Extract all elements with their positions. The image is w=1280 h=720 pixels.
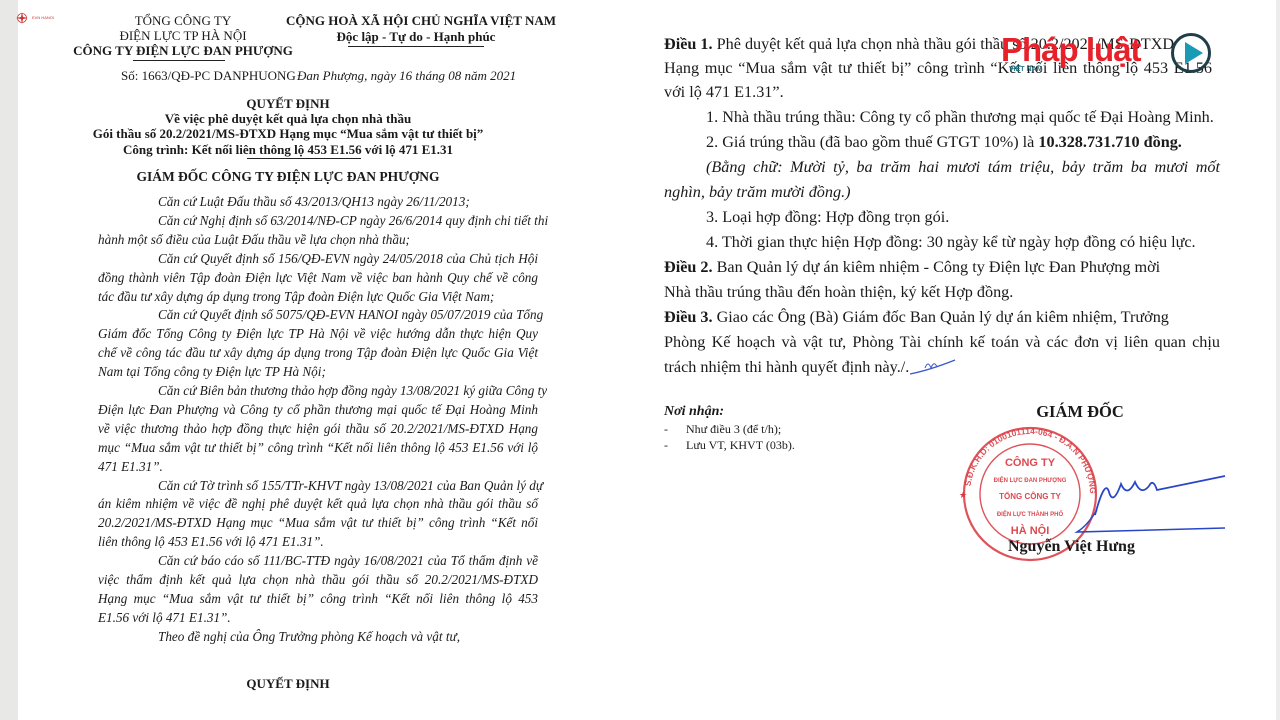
item-4-duration: 4. Thời gian thực hiện Hợp đồng: 30 ngày…	[706, 230, 1196, 254]
article-1-label: Điều 1.	[664, 35, 713, 53]
preamble-line: Điện lực Đan Phượng và Công ty cổ phần t…	[98, 401, 538, 418]
article-2-label: Điều 2.	[664, 258, 713, 276]
preamble-list: Căn cứ Luật Đấu thầu số 43/2013/QH13 ngà…	[18, 0, 578, 720]
recipients-title: Nơi nhận:	[664, 404, 724, 420]
recipient-item: -Lưu VT, KHVT (03b).	[664, 438, 795, 453]
preamble-line: Nam tại Tổng công ty Điện lực TP Hà Nội;	[98, 363, 538, 380]
preamble-line: liên thông lộ 453 E1.56 với lộ 471 E1.31…	[98, 533, 538, 550]
preamble-line: Căn cứ báo cáo số 111/BC-TTĐ ngày 16/08/…	[158, 552, 538, 569]
signer-name: Nguyễn Việt Hưng	[1008, 538, 1135, 556]
recipient-item: -Như điều 3 (để t/h);	[664, 422, 781, 437]
winning-price: 10.328.731.710 đồng.	[1038, 133, 1181, 151]
director-signature	[1035, 470, 1235, 540]
article-3-line-3: trách nhiệm thi hành quyết định này./.	[664, 355, 909, 379]
article-2-line-2: Nhà thầu trúng thầu đến hoàn thiện, ký k…	[664, 280, 1013, 304]
preamble-line: Căn cứ Nghị định số 63/2014/NĐ-CP ngày 2…	[158, 212, 538, 229]
preamble-line: án kiêm nhiệm về việc đề nghị phê duyệt …	[98, 495, 538, 512]
preamble-line: Căn cứ Biên bản thương thảo hợp đồng ngà…	[158, 382, 538, 399]
initials-mark	[905, 350, 965, 380]
left-margin-strip	[0, 0, 18, 720]
watermark-text: Pháp luật	[1001, 30, 1141, 70]
right-margin-strip	[1276, 0, 1280, 720]
watermark-subtext: VIỆT NAM	[1009, 66, 1042, 73]
preamble-line: 471 E1.31”.	[98, 458, 538, 475]
preamble-line: tác đầu tư xây dựng áp dụng trong Tập đo…	[98, 288, 538, 305]
price-in-words-line-1: (Bằng chữ: Mười tỷ, ba trăm hai mươi tám…	[706, 155, 1220, 179]
preamble-line: Hạng mục “Mua sắm vật tư thiết bị” công …	[98, 590, 538, 607]
preamble-line: Căn cứ Luật Đấu thầu số 43/2013/QH13 ngà…	[158, 193, 538, 210]
article-1-line-3: với lộ 471 E1.31”.	[664, 80, 784, 104]
preamble-line: mục “Mua sắm vật tư thiết bị” công trình…	[98, 439, 538, 456]
svg-text:★: ★	[959, 490, 967, 500]
article-3-line-1: Điều 3. Giao các Ông (Bà) Giám đốc Ban Q…	[664, 305, 1220, 329]
stamp-line-1: CÔNG TY	[1005, 456, 1056, 469]
closing-decision-title: QUYẾT ĐỊNH	[18, 676, 558, 691]
preamble-line: hành một số điều của Luật Đấu thầu về lự…	[98, 231, 538, 248]
play-icon	[1185, 42, 1203, 64]
preamble-line: Giám đốc Tổng Công ty Điện lực TP Hà Nội…	[98, 325, 538, 342]
preamble-line: Căn cứ Quyết định số 5075/QĐ-EVN HANOI n…	[158, 306, 538, 323]
preamble-line: chế về công tác đầu tư xây dựng áp dụng …	[98, 344, 538, 361]
article-3-label: Điều 3.	[664, 308, 713, 326]
signer-title: GIÁM ĐỐC	[990, 400, 1170, 424]
preamble-line: 20.2/2021/MS-ĐTXD Hạng mục “Mua sắm vật …	[98, 514, 538, 531]
price-in-words-line-2: nghìn, bảy trăm mười đồng.)	[664, 180, 851, 204]
preamble-line: Căn cứ Tờ trình số 155/TTr-KHVT ngày 13/…	[158, 477, 538, 494]
item-3-contract-type: 3. Loại hợp đồng: Hợp đồng trọn gói.	[706, 205, 949, 229]
phapluat-watermark: Pháp luật VIỆT NAM	[1001, 30, 1221, 80]
preamble-line: Theo đề nghị của Ông Trưởng phòng Kế hoạ…	[158, 628, 538, 645]
preamble-line: việc thẩm định kết quả lựa chọn nhà thầu…	[98, 571, 538, 588]
decision-page-2: Điều 1. Phê duyệt kết quả lựa chọn nhà t…	[640, 0, 1276, 720]
decision-page-1: TỔNG CÔNG TY ĐIỆN LỰC TP HÀ NỘI CÔNG TY …	[18, 0, 578, 720]
preamble-line: đồng thành viên Tập đoàn Điện lực Việt N…	[98, 269, 538, 286]
item-1-winner: 1. Nhà thầu trúng thầu: Công ty cổ phần …	[706, 105, 1214, 129]
article-2-line-1: Điều 2. Ban Quản lý dự án kiêm nhiệm - C…	[664, 255, 1220, 279]
preamble-line: Căn cứ Quyết định số 156/QĐ-EVN ngày 24/…	[158, 250, 538, 267]
item-2-price: 2. Giá trúng thầu (đã bao gồm thuế GTGT …	[706, 130, 1182, 154]
preamble-line: về việc thương thảo hợp đồng thực hiện g…	[98, 420, 538, 437]
preamble-line: E1.56 với lộ 471 E1.31”.	[98, 609, 538, 626]
